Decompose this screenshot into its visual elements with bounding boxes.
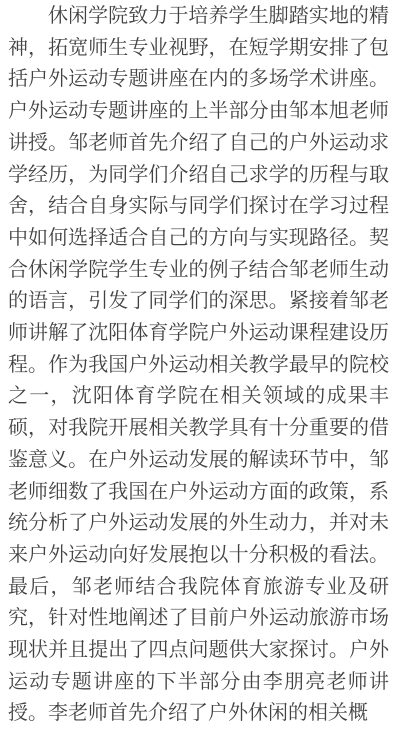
article-paragraph: 休闲学院致力于培养学生脚踏实地的精神，拓宽师生专业视野，在短学期安排了包括户外运… bbox=[8, 1, 389, 730]
article-page: 休闲学院致力于培养学生脚踏实地的精神，拓宽师生专业视野，在短学期安排了包括户外运… bbox=[0, 0, 395, 730]
